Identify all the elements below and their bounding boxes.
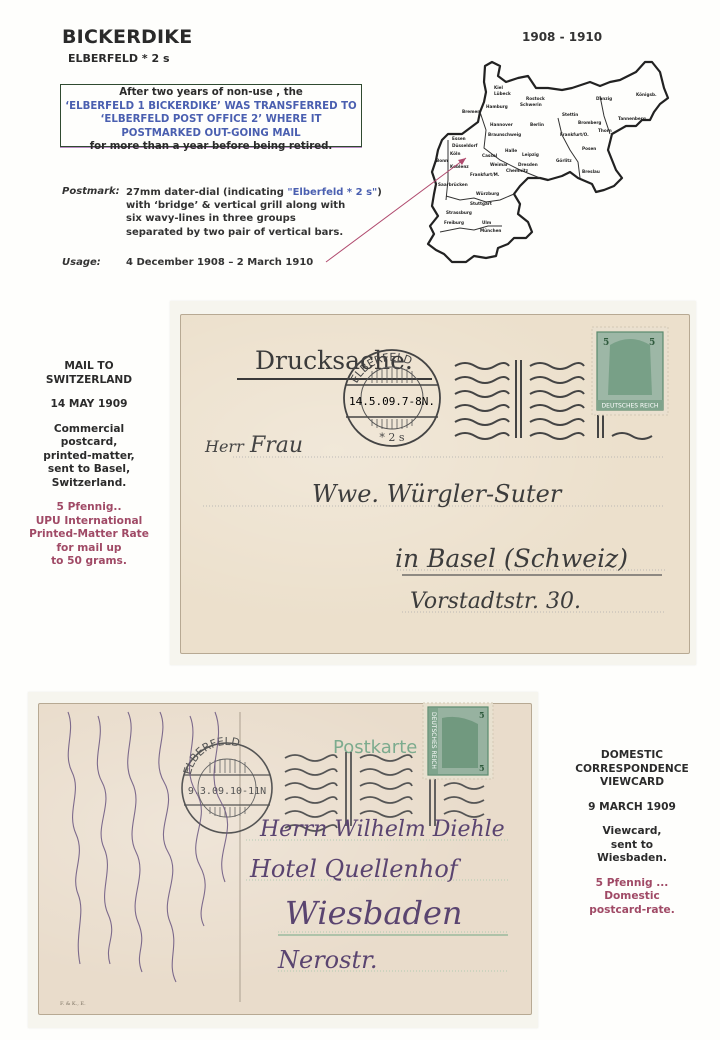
svg-text:5: 5 (479, 710, 485, 720)
svg-text:5: 5 (479, 763, 485, 773)
cover2-desc: Viewcard,sent toWiesbaden. (552, 825, 712, 866)
cover2-description: DOMESTICCORRESPONDENCEVIEWCARD 9 MARCH 1… (552, 749, 712, 928)
cover2-stamp: DEUTSCHES REICH 5 5 (423, 703, 493, 779)
svg-text:DEUTSCHES REICH: DEUTSCHES REICH (430, 712, 437, 769)
cover2-heading: VIEWCARD (600, 776, 664, 788)
svg-text:Wiesbaden: Wiesbaden (285, 894, 463, 932)
svg-text:9.3.09.10-11N: 9.3.09.10-11N (188, 786, 266, 797)
cover2-postmark: ELBERFELD 9.3.09.10-11N (181, 735, 272, 833)
publisher-mark: F. & K., E. (60, 1001, 86, 1007)
cover2-rate: 5 Pfennig ...Domesticpostcard-rate. (552, 877, 712, 918)
svg-text:Herrn Wilhelm Diehle: Herrn Wilhelm Diehle (259, 817, 505, 842)
svg-text:Hotel Quellenhof: Hotel Quellenhof (249, 855, 462, 883)
cover2-heading: DOMESTIC (601, 749, 663, 761)
cover2-heading: CORRESPONDENCE (575, 763, 689, 775)
cover2-date: 9 MARCH 1909 (552, 801, 712, 815)
svg-text:Nerostr.: Nerostr. (277, 946, 378, 974)
cover2-handwritten-address: Herrn Wilhelm Diehle Hotel Quellenhof Wi… (249, 817, 505, 974)
